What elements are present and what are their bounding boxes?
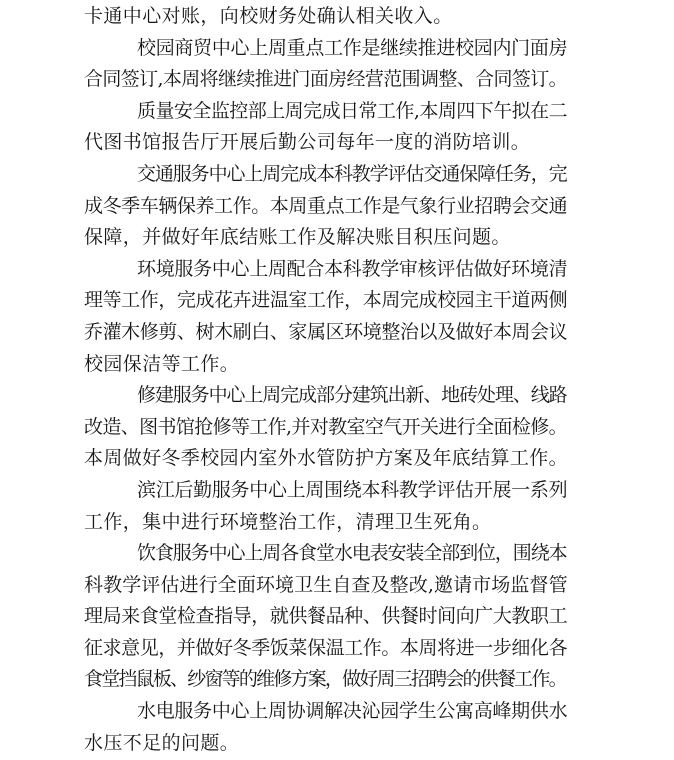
text-line: 合同签订,本周将继续推进门面房经营范围调整、合同签订。 — [84, 64, 568, 96]
text-line: 修建服务中心上周完成部分建筑出新、地砖处理、线路 — [84, 380, 568, 412]
paragraph: 滨江后勤服务中心上周围绕本科教学评估开展一系列工作，集中进行环境整治工作，清理卫… — [84, 475, 568, 538]
paragraph: 修建服务中心上周完成部分建筑出新、地砖处理、线路改造、图书馆抢修等工作,并对教室… — [84, 380, 568, 475]
text-line: 水压不足的问题。 — [84, 728, 568, 760]
text-line: 交通服务中心上周完成本科教学评估交通保障任务，完 — [84, 159, 568, 191]
text-line: 改造、图书馆抢修等工作,并对教室空气开关进行全面检修。 — [84, 412, 568, 444]
text-line: 保障，并做好年底结账工作及解决账目积压问题。 — [84, 222, 568, 254]
text-line: 滨江后勤服务中心上周围绕本科教学评估开展一系列 — [84, 475, 568, 507]
text-line: 理局来食堂检查指导，就供餐品种、供餐时间向广大教职工 — [84, 601, 568, 633]
text-line: 环境服务中心上周配合本科教学审核评估做好环境清 — [84, 254, 568, 286]
text-line: 校园商贸中心上周重点工作是继续推进校园内门面房 — [84, 33, 568, 65]
text-line: 成冬季车辆保养工作。本周重点工作是气象行业招聘会交通 — [84, 191, 568, 223]
paragraph: 饮食服务中心上周各食堂水电表安装全部到位，围绕本科教学评估进行全面环境卫生自查及… — [84, 538, 568, 696]
text-line: 科教学评估进行全面环境卫生自查及整改,邀请市场监督管 — [84, 570, 568, 602]
document-page: 卡通中心对账，向校财务处确认相关收入。校园商贸中心上周重点工作是继续推进校园内门… — [0, 0, 674, 760]
text-line: 食堂挡鼠板、纱窗等的维修方案，做好周三招聘会的供餐工作。 — [84, 664, 568, 696]
text-line: 乔灌木修剪、树木刷白、家属区环境整治以及做好本周会议 — [84, 317, 568, 349]
paragraph: 交通服务中心上周完成本科教学评估交通保障任务，完成冬季车辆保养工作。本周重点工作… — [84, 159, 568, 254]
text-line: 工作，集中进行环境整治工作，清理卫生死角。 — [84, 507, 568, 539]
document-body: 卡通中心对账，向校财务处确认相关收入。校园商贸中心上周重点工作是继续推进校园内门… — [84, 1, 568, 759]
paragraph: 水电服务中心上周协调解决沁园学生公寓高峰期供水水压不足的问题。 — [84, 696, 568, 759]
text-line: 卡通中心对账，向校财务处确认相关收入。 — [84, 1, 568, 33]
paragraph: 校园商贸中心上周重点工作是继续推进校园内门面房合同签订,本周将继续推进门面房经营… — [84, 33, 568, 96]
text-line: 代图书馆报告厅开展后勤公司每年一度的消防培训。 — [84, 127, 568, 159]
paragraph: 卡通中心对账，向校财务处确认相关收入。 — [84, 1, 568, 33]
text-line: 质量安全监控部上周完成日常工作,本周四下午拟在二 — [84, 96, 568, 128]
text-line: 水电服务中心上周协调解决沁园学生公寓高峰期供水 — [84, 696, 568, 728]
text-line: 征求意见，并做好冬季饭菜保温工作。本周将进一步细化各 — [84, 633, 568, 665]
text-line: 饮食服务中心上周各食堂水电表安装全部到位，围绕本 — [84, 538, 568, 570]
text-line: 本周做好冬季校园内室外水管防护方案及年底结算工作。 — [84, 443, 568, 475]
text-line: 理等工作，完成花卉进温室工作，本周完成校园主干道两侧 — [84, 285, 568, 317]
paragraph: 环境服务中心上周配合本科教学审核评估做好环境清理等工作，完成花卉进温室工作，本周… — [84, 254, 568, 380]
paragraph: 质量安全监控部上周完成日常工作,本周四下午拟在二代图书馆报告厅开展后勤公司每年一… — [84, 96, 568, 159]
text-line: 校园保洁等工作。 — [84, 349, 568, 381]
